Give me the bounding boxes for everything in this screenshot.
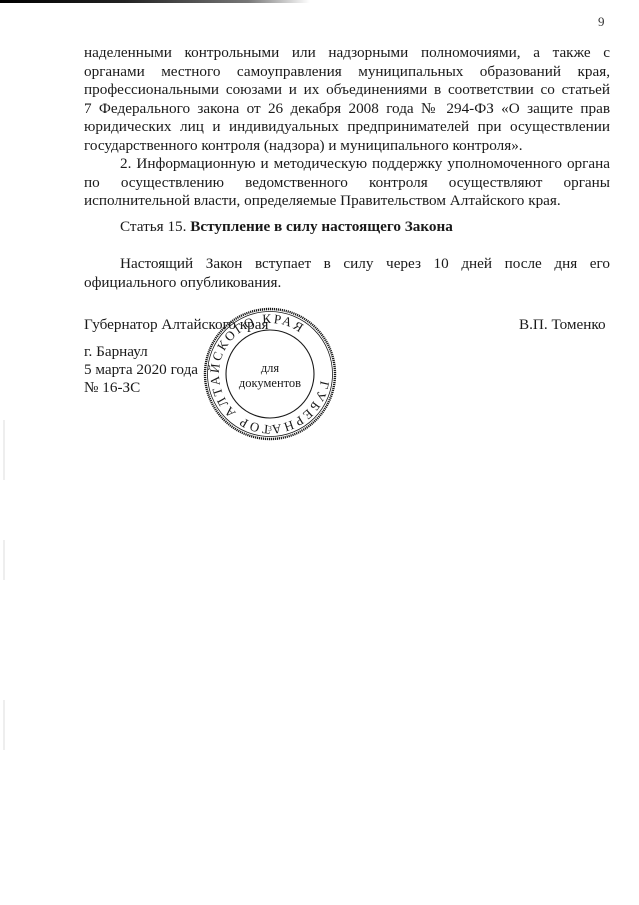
text-line: органами местного самоуправления муницип… [84,63,610,82]
law-number: № 16-ЗС [84,379,140,397]
article-body: Настоящий Закон вступает в силу через 10… [84,255,610,292]
text-line: Настоящий Закон вступает в силу через 10… [84,255,610,274]
signing-date: 5 марта 2020 года [84,361,198,379]
text-line: государственного контроля (надзора) и му… [84,137,610,156]
official-seal-icon: ГУБЕРНАТОР АЛТАЙСКОГО КРАЯ для документо… [202,306,338,442]
page-number: 9 [598,14,605,30]
seal-center-line-1: для [261,361,280,375]
article-label: Статья 15. [120,218,186,235]
text-line: профессиональными союзами и их объединен… [84,81,610,100]
scan-edge-artifact [0,0,310,3]
text-line: юридических лиц и индивидуальных предпри… [84,118,610,137]
seal-bottom-mark: 3 [268,425,272,433]
scan-margin-artifact [3,540,5,580]
text-line: официального опубликования. [84,274,610,293]
signing-city: г. Барнаул [84,343,148,361]
seal-center-line-2: документов [239,376,301,390]
text-line: 2. Информационную и методическую поддерж… [84,155,610,174]
text-line: наделенными контрольными или надзорными … [84,44,610,63]
article-heading: Статья 15. Вступление в силу настоящего … [120,218,453,236]
text-line: по осуществлению ведомственного контроля… [84,174,610,193]
scan-margin-artifact [3,420,5,480]
article-title: Вступление в силу настоящего Закона [190,218,453,235]
text-line: 7 Федерального закона от 26 декабря 2008… [84,100,610,119]
scan-margin-artifact [3,700,5,750]
text-line: исполнительной власти, определяемые Прав… [84,192,610,211]
signatory-name: В.П. Томенко [519,316,606,334]
paragraph-2: 2. Информационную и методическую поддерж… [84,155,610,211]
paragraph-continuation: наделенными контрольными или надзорными … [84,44,610,156]
